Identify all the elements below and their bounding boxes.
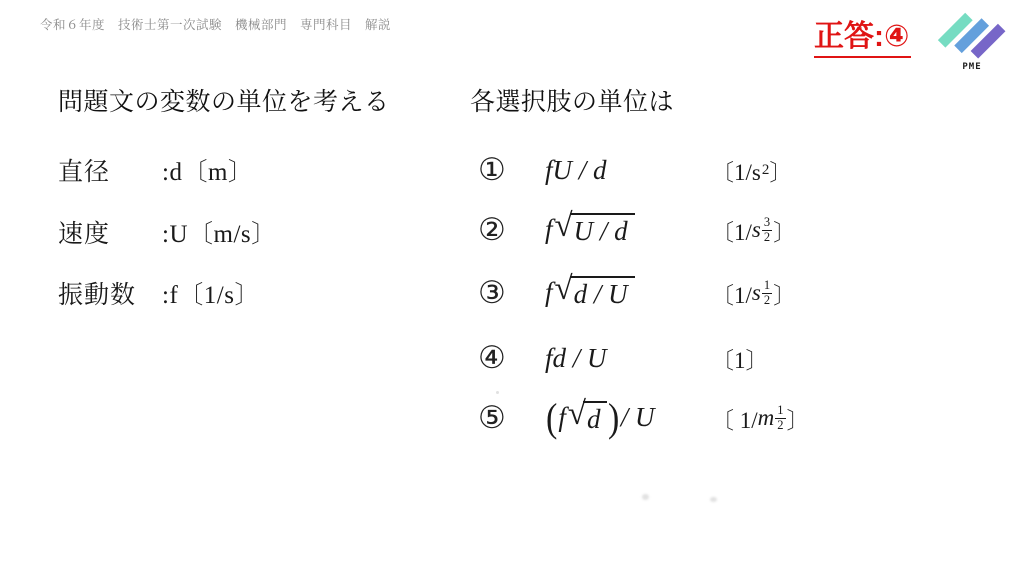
left-section-title: 問題文の変数の単位を考える <box>58 82 390 118</box>
formula-text: fU / d <box>545 155 607 186</box>
scan-artifact-dot <box>642 494 649 500</box>
square-root: √ d / U <box>555 276 635 310</box>
option-unit: 〔 1/m12 〕 <box>711 402 810 435</box>
fraction-numerator: 3 <box>762 216 772 230</box>
fraction-denominator: 2 <box>775 419 785 432</box>
unit-fraction-exponent: 12 <box>775 404 785 431</box>
option-number: ① <box>478 155 514 186</box>
option-row-5: ⑤ ( f √ d ) / U 〔 1/m12 〕 <box>478 394 810 442</box>
pme-logo-caption: PME <box>941 62 1003 72</box>
fraction-denominator: 2 <box>762 294 772 307</box>
radicand-text: d <box>583 401 608 435</box>
option-row-4: ④ fd / U 〔1〕 <box>478 334 769 382</box>
radicand-text: U / d <box>570 213 635 247</box>
unit-text: 〔1/ <box>711 277 752 310</box>
unit-variable: s <box>752 280 761 306</box>
unit-text: 〔1〕 <box>711 342 769 375</box>
scan-artifact-dot <box>710 497 717 502</box>
option-formula: f √ U / d <box>545 213 711 247</box>
option-unit: 〔1/s2〕 <box>711 154 792 187</box>
option-unit: 〔1/s32〕 <box>711 214 796 247</box>
option-formula: fd / U <box>545 343 711 374</box>
fraction-numerator: 1 <box>762 279 772 293</box>
formula-text: / U <box>621 402 655 433</box>
unit-text: 〔 1/ <box>711 402 758 435</box>
square-root: √ U / d <box>555 213 635 247</box>
formula-text: f <box>558 402 566 433</box>
variable-value: :U〔m/s〕 <box>162 214 277 250</box>
option-row-3: ③ f √ d / U 〔1/s12〕 <box>478 269 796 317</box>
formula-text: fd / U <box>545 343 607 374</box>
option-number: ⑤ <box>478 403 514 434</box>
variable-row-velocity: 速度 :U〔m/s〕 <box>58 212 277 252</box>
unit-text: 〕 <box>787 402 810 435</box>
unit-variable: m <box>758 405 775 431</box>
variable-name: 振動数 <box>58 275 162 311</box>
radical-sign-icon: √ <box>555 212 573 242</box>
option-row-2: ② f √ U / d 〔1/s32〕 <box>478 206 796 254</box>
right-section-title: 各選択肢の単位は <box>470 82 674 118</box>
variable-row-frequency: 振動数 :f〔1/s〕 <box>58 273 260 313</box>
unit-text: 〔1/s <box>711 154 761 187</box>
option-formula: ( f √ d ) / U <box>545 401 711 435</box>
option-formula: f √ d / U <box>545 276 711 310</box>
slide: 令和６年度 技術士第一次試験 機械部門 専門科目 解説 正答:④ PME 問題文… <box>0 0 1024 576</box>
variable-name: 速度 <box>58 214 162 250</box>
radicand-text: d / U <box>570 276 635 310</box>
option-number: ② <box>478 215 514 246</box>
option-number: ③ <box>478 278 514 309</box>
exam-header-text: 令和６年度 技術士第一次試験 機械部門 専門科目 解説 <box>40 15 391 33</box>
unit-fraction-exponent: 32 <box>762 216 772 243</box>
formula-text: f <box>545 277 553 308</box>
square-root: √ d <box>568 401 608 435</box>
radical-sign-icon: √ <box>555 275 573 305</box>
fraction-denominator: 2 <box>762 231 772 244</box>
pme-logo-stripes-icon <box>943 8 1001 64</box>
option-row-1: ① fU / d 〔1/s2〕 <box>478 146 792 194</box>
open-paren: ( <box>546 402 557 434</box>
variable-value: :d〔m〕 <box>162 152 253 188</box>
unit-text: 〔1/ <box>711 214 752 247</box>
option-number: ④ <box>478 343 514 374</box>
option-unit: 〔1〕 <box>711 342 769 375</box>
pme-logo: PME <box>941 8 1003 72</box>
unit-fraction-exponent: 12 <box>762 279 772 306</box>
close-paren: ) <box>608 402 619 434</box>
variable-value: :f〔1/s〕 <box>162 275 260 311</box>
unit-variable: s <box>752 217 761 243</box>
variable-name: 直径 <box>58 152 162 188</box>
option-formula: fU / d <box>545 155 711 186</box>
radical-sign-icon: √ <box>568 400 586 430</box>
unit-text: 〕 <box>773 214 796 247</box>
variable-row-diameter: 直径 :d〔m〕 <box>58 150 253 190</box>
scan-artifact-dot <box>496 391 499 394</box>
unit-text: 〕 <box>769 154 792 187</box>
formula-text: f <box>545 214 553 245</box>
unit-text: 〕 <box>773 277 796 310</box>
option-unit: 〔1/s12〕 <box>711 277 796 310</box>
fraction-numerator: 1 <box>775 404 785 418</box>
correct-answer-label: 正答:④ <box>814 20 911 58</box>
